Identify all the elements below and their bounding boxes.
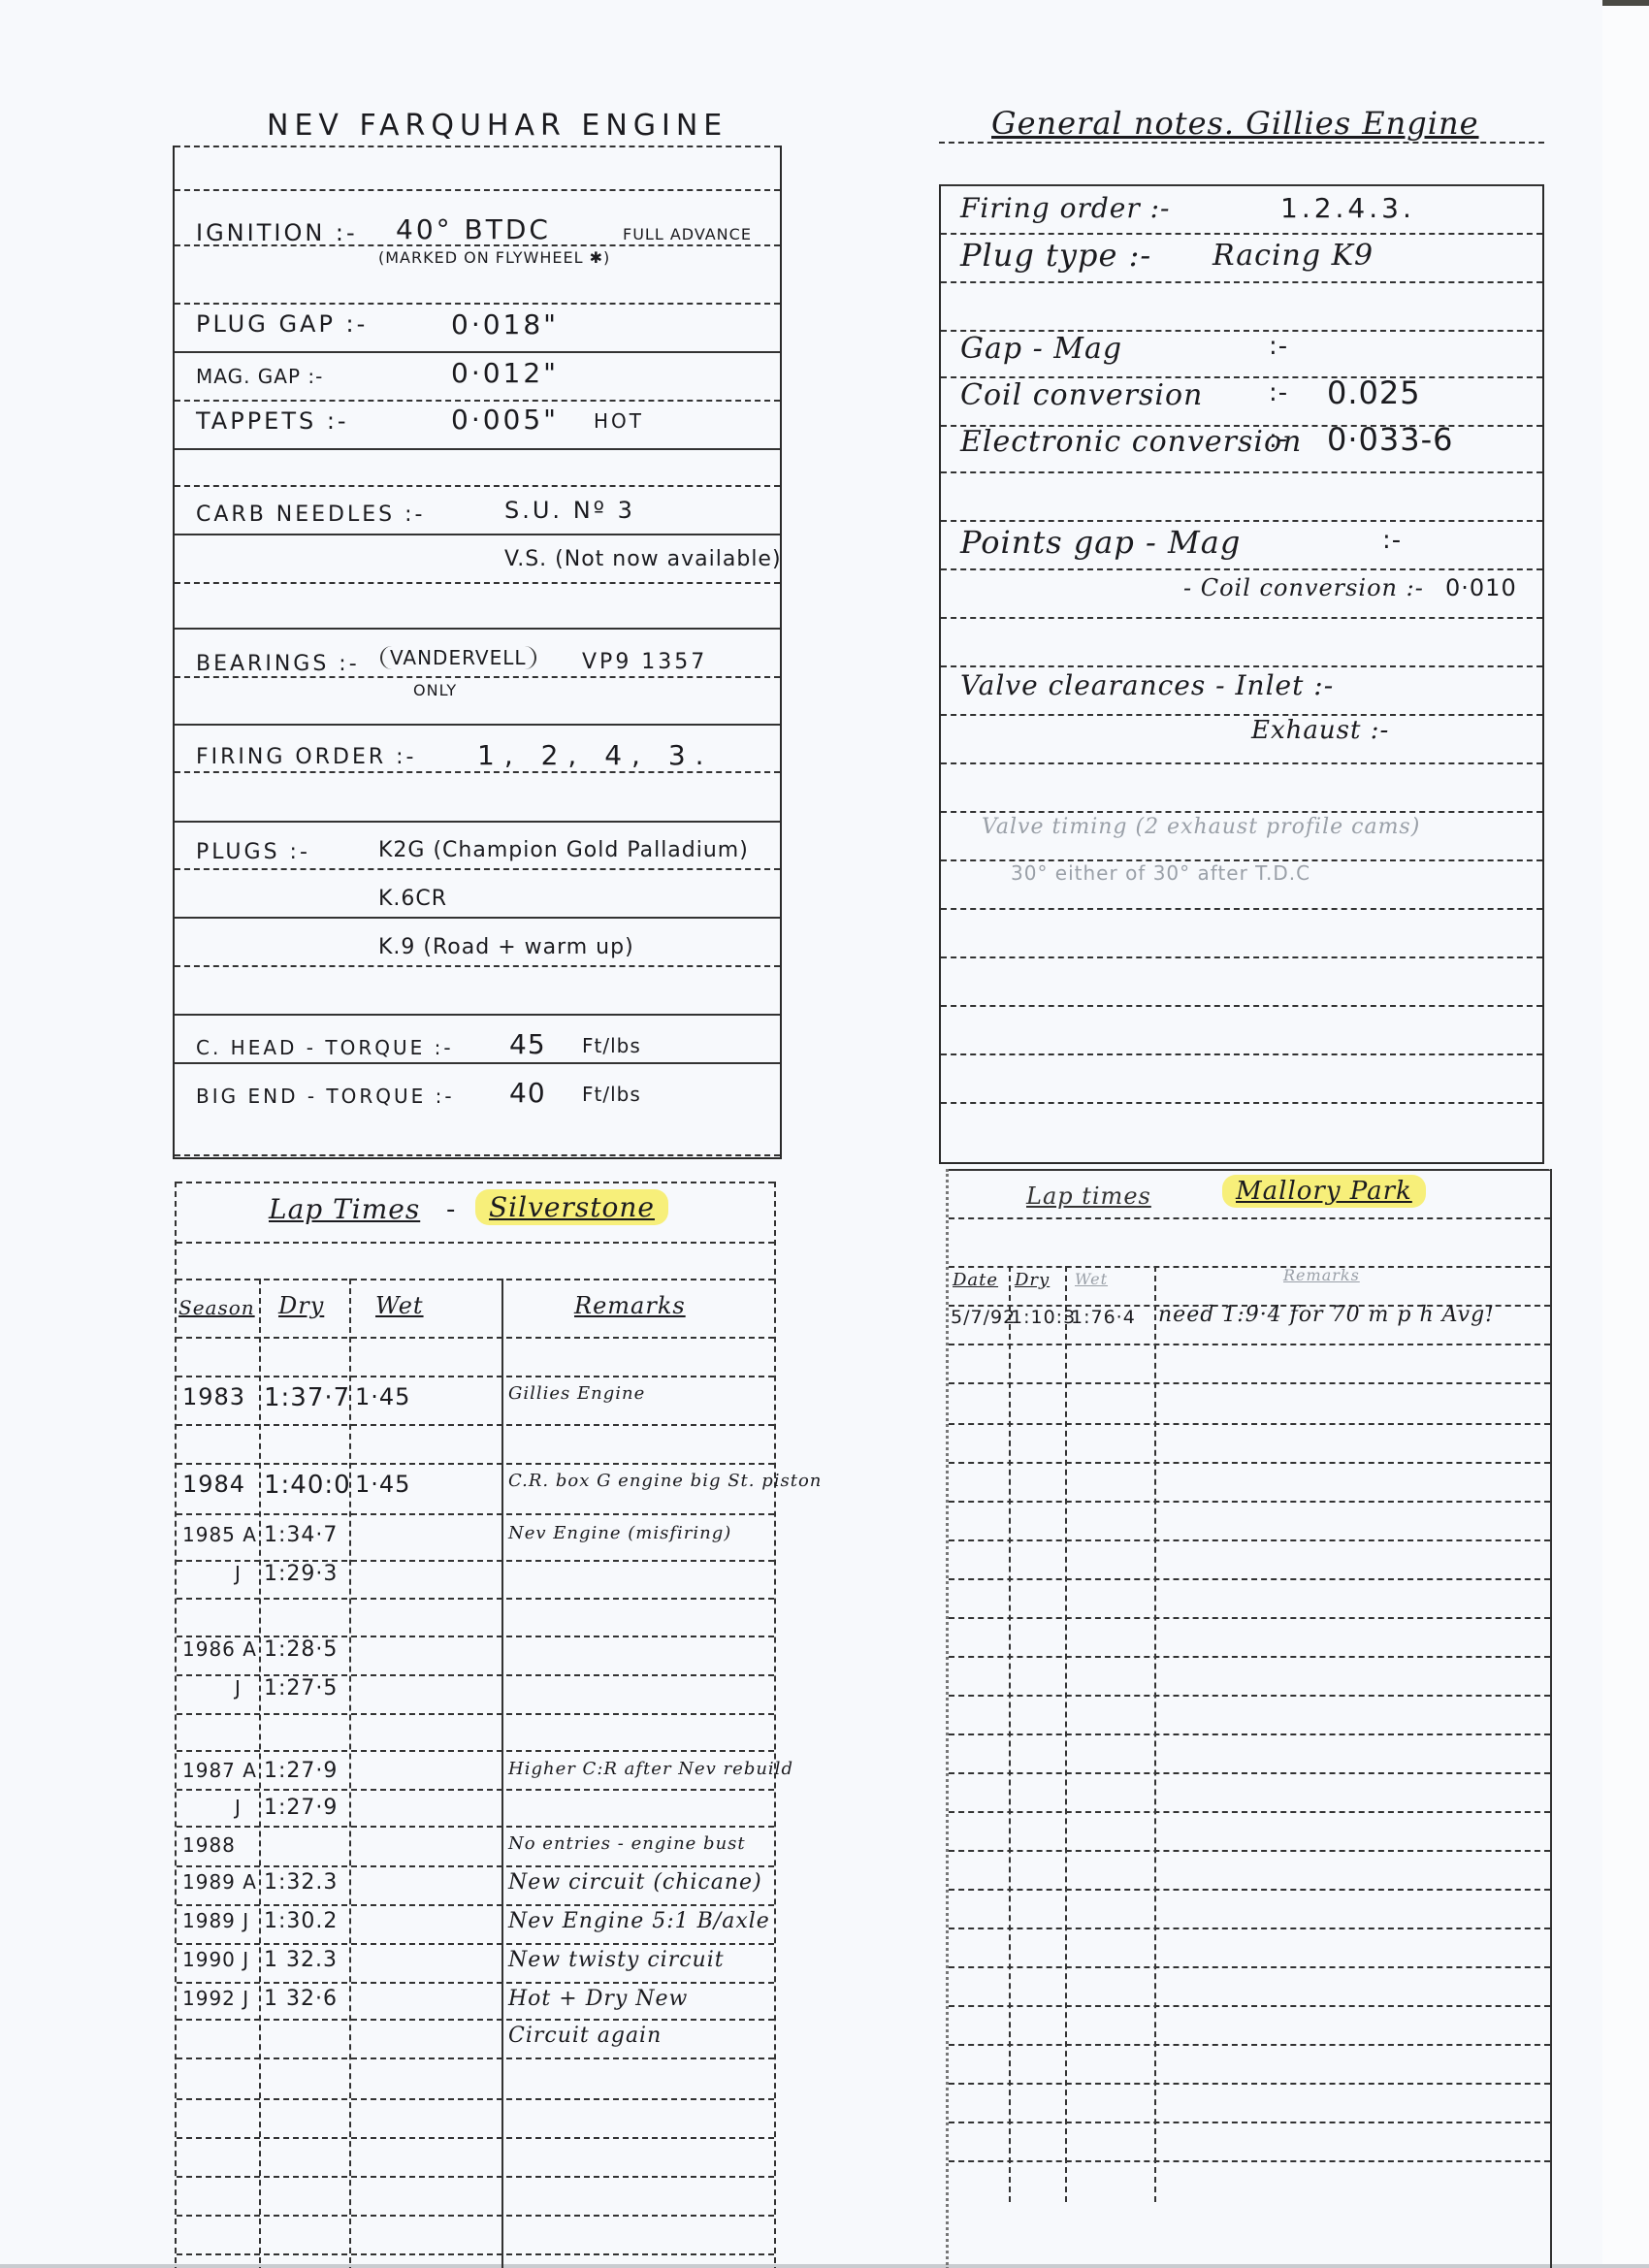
row-dry: 1:10:3 — [1011, 1307, 1076, 1328]
big-end-torque-value: 40 — [509, 1077, 546, 1109]
big-end-torque-unit: Ft/lbs — [582, 1083, 641, 1106]
points-gap-mag-sep: :- — [1382, 526, 1402, 555]
big-end-torque-label: BIG END - TORQUE :- — [196, 1085, 455, 1108]
coil-conversion-sep: :- — [1269, 378, 1288, 407]
row-dry: 1:29·3 — [264, 1562, 338, 1586]
title-dash: - — [446, 1195, 456, 1224]
plug-type-label: Plug type :- — [960, 237, 1151, 274]
firing-order-label: Firing order :- — [960, 192, 1171, 224]
row-season: 1992 J — [182, 1987, 249, 2010]
tappets-label: TAPPETS :- — [196, 407, 349, 435]
row-wet: 1:76·4 — [1071, 1307, 1136, 1328]
row-season: 1987 A — [182, 1759, 257, 1782]
row-season: 1985 A — [182, 1523, 257, 1546]
row-dry: 1:32.3 — [264, 1870, 338, 1895]
ignition-subnote: (MARKED ON FLYWHEEL ✱) — [378, 248, 610, 267]
mag-gap-value: 0·012" — [451, 357, 559, 389]
row-season: J — [235, 1562, 242, 1585]
row-remarks: Higher C:R after Nev rebuild — [508, 1759, 793, 1779]
bearings-label: BEARINGS :- — [196, 652, 360, 676]
row-remarks: Nev Engine 5:1 B/axle — [508, 1909, 770, 1933]
firing-order-label: FIRING ORDER :- — [196, 745, 417, 769]
c-head-torque-label: C. HEAD - TORQUE :- — [196, 1036, 454, 1059]
silverstone-circuit-badge: Silverstone — [475, 1189, 668, 1225]
plug-item: K2G (Champion Gold Palladium) — [378, 838, 749, 862]
nev-farquhar-engine-card: IGNITION :- 40° BTDC FULL ADVANCE (MARKE… — [173, 146, 782, 1159]
firing-order-value: 1, 2, 4, 3. — [477, 739, 714, 771]
carb-needles-label: CARB NEEDLES :- — [196, 502, 425, 527]
gap-mag-label: Gap - Mag — [960, 332, 1122, 366]
electronic-conversion-sep: :- — [1269, 425, 1288, 454]
plugs-label: PLUGS :- — [196, 840, 310, 864]
row-season: J — [235, 1796, 242, 1819]
row-remarks: Circuit again — [508, 2024, 662, 2048]
ignition-value: 40° BTDC — [396, 213, 551, 245]
valve-inlet-label: Valve clearances - Inlet :- — [960, 669, 1334, 701]
gillies-engine-title: General notes. Gillies Engine — [991, 105, 1479, 142]
plug-gap-label: PLUG GAP :- — [196, 310, 368, 338]
row-remarks: Nev Engine (misfiring) — [508, 1523, 731, 1543]
electronic-conversion-value: 0·033-6 — [1327, 421, 1454, 458]
bearings-qualifier: ONLY — [413, 681, 457, 699]
points-gap-coil-value: 0·010 — [1445, 574, 1517, 601]
coil-conversion-label: Coil conversion — [960, 378, 1203, 412]
plug-gap-value: 0·018" — [451, 308, 559, 340]
mag-gap-label: MAG. GAP :- — [196, 365, 323, 388]
row-season: 1989 A — [182, 1870, 257, 1894]
row-dry: 1:28·5 — [264, 1637, 338, 1662]
mallory-circuit-badge: Mallory Park — [1222, 1175, 1426, 1208]
col-date: Date — [953, 1270, 998, 1290]
row-season: 1984 — [182, 1471, 245, 1498]
row-dry: 1:40:0 — [264, 1471, 351, 1500]
row-season: 1989 J — [182, 1909, 249, 1932]
row-remarks: New twisty circuit — [508, 1948, 725, 1972]
carb-needles-value: S.U. Nº 3 — [504, 497, 635, 524]
row-date: 5/7/92 — [951, 1307, 1016, 1328]
row-season: 1988 — [182, 1833, 236, 1857]
coil-conversion-value: 0.025 — [1327, 374, 1421, 411]
row-remarks: Gillies Engine — [508, 1383, 645, 1404]
valve-timing-line2: 30° either of 30° after T.D.C — [1011, 861, 1310, 885]
row-season: 1990 J — [182, 1948, 249, 1971]
row-wet: 1·45 — [355, 1383, 410, 1410]
tappets-value: 0·005" — [451, 404, 559, 436]
row-remarks: No entries - engine bust — [508, 1833, 746, 1854]
row-dry: 1:27·9 — [264, 1796, 338, 1820]
silverstone-lap-times-card: Lap Times - Silverstone Season Dry Wet R… — [175, 1182, 776, 2268]
carb-needles-value2: V.S. (Not now available) — [504, 547, 782, 571]
bearings-part: VP9 1357 — [582, 650, 707, 674]
lap-times-title: Lap Times — [269, 1193, 420, 1225]
row-dry: 1:34·7 — [264, 1523, 338, 1547]
row-dry: 1 32.3 — [264, 1948, 338, 1972]
firing-order-value: 1.2.4.3. — [1280, 192, 1415, 224]
mallory-park-lap-times-card: Lap times Mallory Park Date Dry Wet Rema… — [946, 1169, 1552, 2268]
gillies-engine-card: Firing order :- 1.2.4.3. Plug type :- Ra… — [939, 184, 1544, 1164]
page-edge — [1602, 0, 1649, 2268]
col-dry: Dry — [278, 1292, 324, 1319]
row-remarks: New circuit (chicane) — [508, 1870, 762, 1895]
points-gap-mag-label: Points gap - Mag — [960, 524, 1241, 561]
row-remarks: Hot + Dry New — [508, 1987, 688, 2011]
points-gap-coil-label: - Coil conversion :- — [1183, 574, 1424, 601]
title-rule — [939, 142, 1544, 144]
row-remarks: C.R. box G engine big St. piston — [508, 1471, 822, 1491]
scanner-mark — [1602, 0, 1649, 6]
col-season: Season — [178, 1296, 255, 1319]
col-dry: Dry — [1015, 1270, 1050, 1290]
lap-times-title: Lap times — [1026, 1183, 1151, 1210]
col-wet: Wet — [375, 1292, 424, 1319]
nev-engine-title: NEV FARQUHAR ENGINE — [267, 109, 727, 143]
col-remarks: Remarks — [574, 1292, 686, 1319]
row-dry: 1:37·7 — [264, 1383, 350, 1412]
row-dry: 1:27·9 — [264, 1759, 338, 1783]
row-remarks: need 1:9·4 for 70 m p h Avg! — [1158, 1303, 1495, 1327]
plug-item: K.9 (Road + warm up) — [378, 935, 634, 959]
ignition-note: FULL ADVANCE — [623, 225, 752, 243]
row-season: J — [235, 1676, 242, 1700]
row-season: 1983 — [182, 1383, 245, 1410]
row-dry: 1 32·6 — [264, 1987, 338, 2011]
col-remarks: Remarks — [1283, 1266, 1360, 1284]
col-wet: Wet — [1075, 1270, 1108, 1288]
row-dry: 1:27·5 — [264, 1676, 338, 1701]
c-head-torque-value: 45 — [509, 1028, 546, 1060]
ignition-label: IGNITION :- — [196, 219, 358, 246]
valve-exhaust-label: Exhaust :- — [1251, 716, 1389, 745]
row-wet: 1·45 — [355, 1471, 410, 1498]
tappets-note: HOT — [594, 409, 644, 433]
valve-timing-line1: Valve timing (2 exhaust profile cams) — [982, 815, 1420, 839]
c-head-torque-unit: Ft/lbs — [582, 1034, 641, 1057]
plug-type-value: Racing K9 — [1212, 239, 1374, 273]
row-dry: 1:30.2 — [264, 1909, 338, 1933]
electronic-conversion-label: Electronic conversion — [960, 425, 1302, 459]
gap-mag-sep: :- — [1269, 332, 1288, 361]
bearings-maker: VANDERVELL — [380, 646, 536, 669]
plug-item: K.6CR — [378, 887, 447, 911]
row-season: 1986 A — [182, 1637, 257, 1661]
